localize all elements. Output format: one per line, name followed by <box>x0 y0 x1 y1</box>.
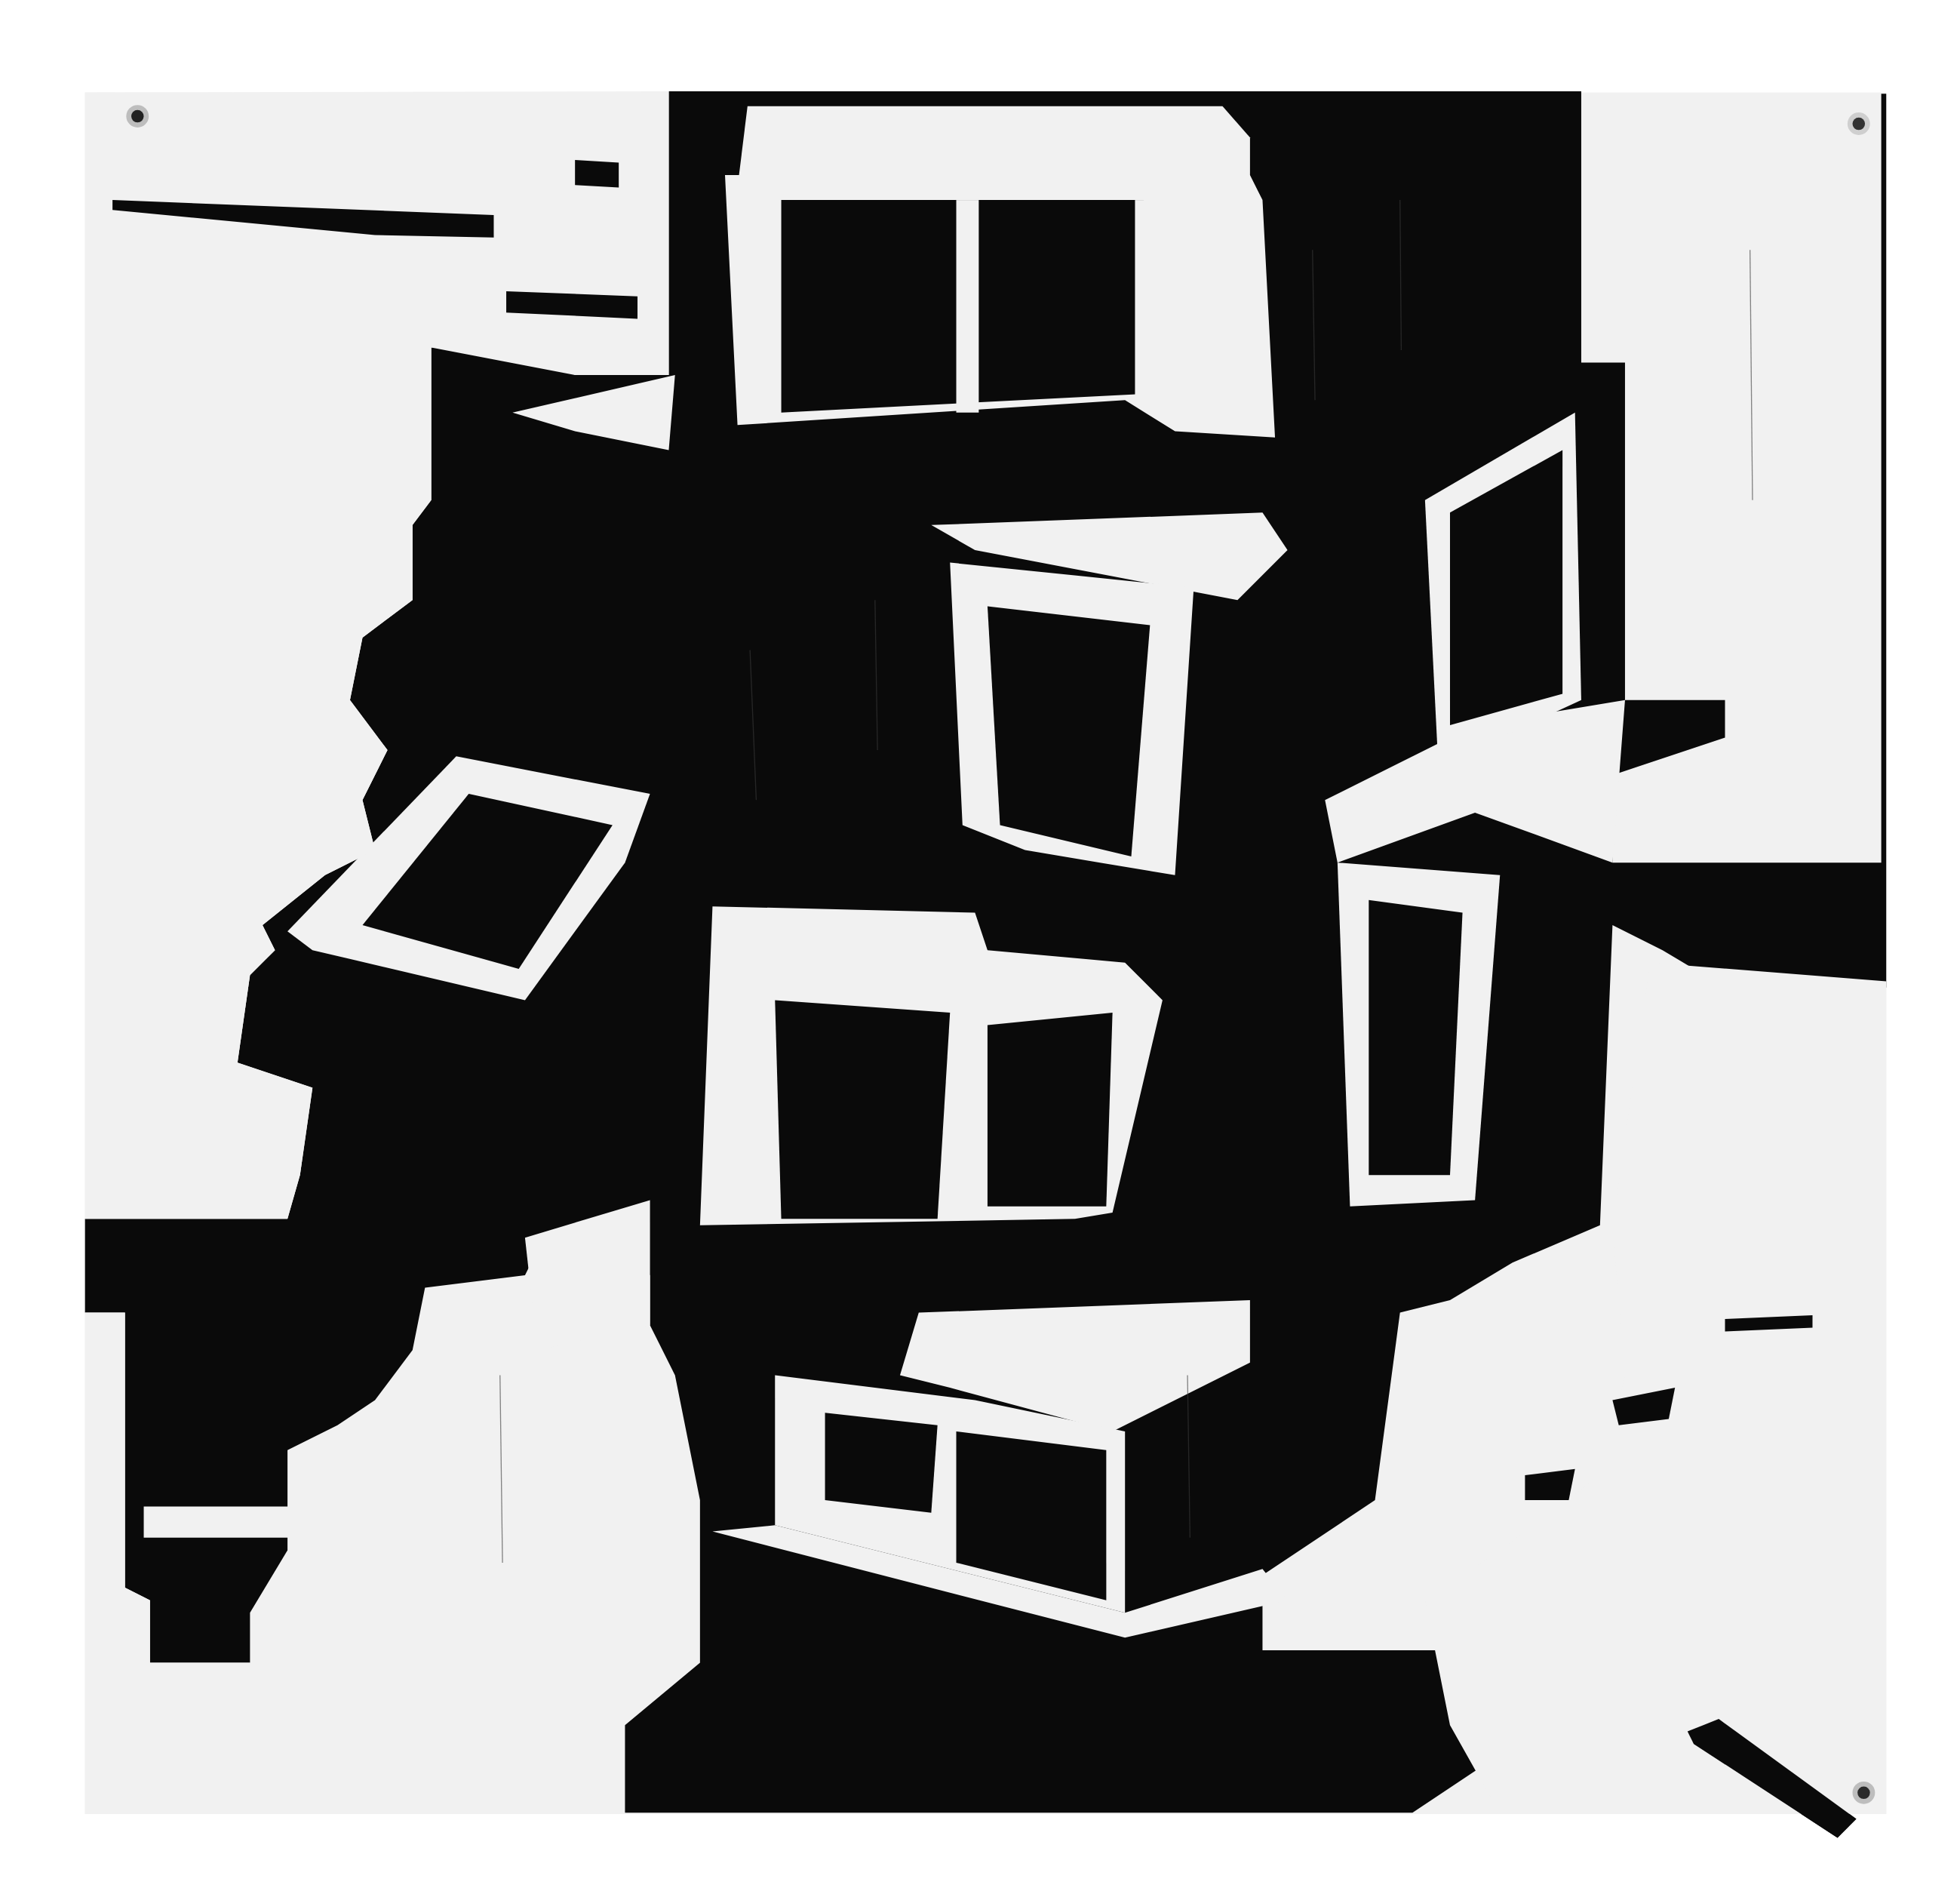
grommet-bottom-right <box>1853 1782 1876 1804</box>
grommet-top-right <box>1848 112 1870 135</box>
tape-collage-artwork <box>0 0 1960 1894</box>
grommet-top-left <box>126 105 149 128</box>
